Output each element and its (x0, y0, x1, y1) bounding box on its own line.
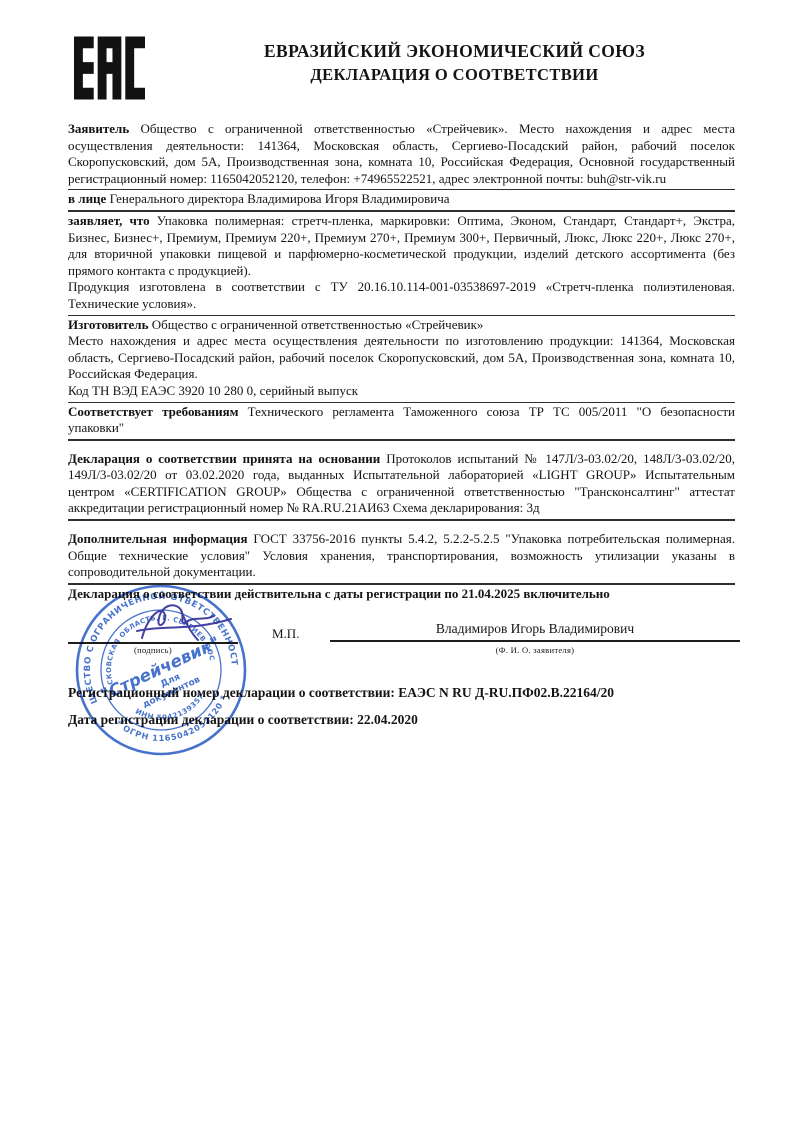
applicant-text: Общество с ограниченной ответственностью… (68, 121, 735, 186)
declares-label: заявляет, что (68, 213, 150, 228)
additional-label: Дополнительная информация (68, 531, 248, 546)
section-conformity: Соответствует требованиям Технического р… (68, 403, 735, 441)
registration-date-value: 22.04.2020 (357, 712, 418, 727)
conformity-label: Соответствует требованиям (68, 404, 239, 419)
applicant-full-name: Владимиров Игорь Владимирович (330, 621, 740, 642)
declaration-document: ЕВРАЗИЙСКИЙ ЭКОНОМИЧЕСКИЙ СОЮЗ ДЕКЛАРАЦИ… (0, 0, 795, 1123)
declares-text: Упаковка полимерная: стретч-пленка, марк… (68, 213, 735, 278)
stamp-outer-bottom-text: * ОГРН 1165042052120 * (113, 692, 237, 756)
manufacturer-label: Изготовитель (68, 317, 148, 332)
section-manufacturer: Изготовитель Общество с ограниченной отв… (68, 316, 735, 403)
in-person-label: в лице (68, 191, 106, 206)
section-applicant: Заявитель Общество с ограниченной ответс… (68, 120, 735, 190)
section-additional: Дополнительная информация ГОСТ 33756-201… (68, 530, 735, 585)
title-union: ЕВРАЗИЙСКИЙ ЭКОНОМИЧЕСКИЙ СОЮЗ (174, 40, 735, 63)
signature-area: ОБЩЕСТВО С ОГРАНИЧЕННОЙ ОТВЕТСТВЕННОСТЬЮ… (68, 608, 735, 670)
manufacturer-text: Общество с ограниченной ответственностью… (152, 317, 484, 332)
basis-label: Декларация о соответствии принята на осн… (68, 451, 380, 466)
document-title: ЕВРАЗИЙСКИЙ ЭКОНОМИЧЕСКИЙ СОЮЗ ДЕКЛАРАЦИ… (146, 36, 735, 86)
applicant-label: Заявитель (68, 121, 129, 136)
section-in-person: в лице Генерального директора Владимиров… (68, 190, 735, 212)
handwritten-signature (134, 596, 244, 648)
svg-text:* ОГРН 1165042052120 *: * ОГРН 1165042052120 * (113, 692, 237, 756)
title-declaration: ДЕКЛАРАЦИЯ О СООТВЕТСТВИИ (174, 63, 735, 86)
declares-text2: Продукция изготовлена в соответствии с Т… (68, 279, 735, 312)
full-name-caption: (Ф. И. О. заявителя) (330, 645, 740, 655)
registration-number-value: ЕАЭС N RU Д-RU.ПФ02.В.22164/20 (398, 685, 614, 700)
manufacturer-text2: Место нахождения и адрес места осуществл… (68, 333, 735, 383)
section-declares: заявляет, что Упаковка полимерная: стрет… (68, 212, 735, 316)
in-person-text: Генерального директора Владимирова Игоря… (110, 191, 450, 206)
section-basis: Декларация о соответствии принята на осн… (68, 450, 735, 521)
document-header: ЕВРАЗИЙСКИЙ ЭКОНОМИЧЕСКИЙ СОЮЗ ДЕКЛАРАЦИ… (68, 36, 735, 100)
manufacturer-text3: Код ТН ВЭД ЕАЭС 3920 10 280 0, серийный … (68, 383, 735, 400)
eac-mark-icon (74, 36, 146, 100)
stamp-place-label: М.П. (272, 626, 299, 642)
